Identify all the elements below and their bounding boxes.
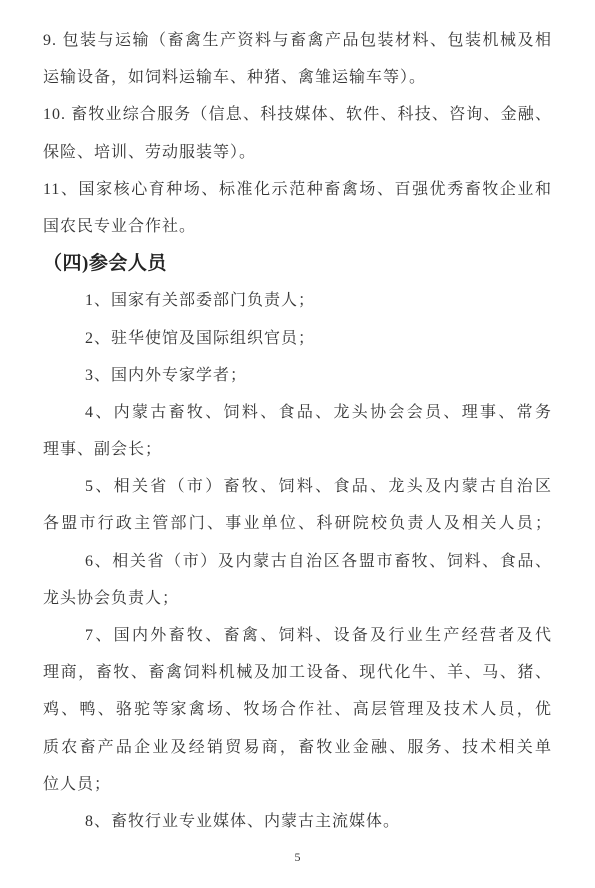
attendee-item-5-line-2: 各盟市行政主管部门、事业单位、科研院校负责人及相关人员； — [43, 505, 552, 542]
attendee-item-6-line-1: 6、相关省（市）及内蒙古自治区各盟市畜牧、饲料、食品、 — [43, 543, 552, 580]
attendee-item-1-line-1: 1、国家有关部委部门负责人； — [43, 282, 552, 319]
attendee-item-7-line-2: 理商，畜牧、畜禽饲料机械及加工设备、现代化牛、羊、马、猪、 — [43, 654, 552, 691]
section-heading-4: （四)参会人员 — [43, 245, 552, 282]
exhibit-item-11-line-1: 11、国家核心育种场、标准化示范种畜禽场、百强优秀畜牧企业和全 — [43, 171, 552, 208]
exhibit-item-10-line-2: 保险、培训、劳动服装等）。 — [43, 134, 552, 171]
attendee-item-7-line-1: 7、国内外畜牧、畜禽、饲料、设备及行业生产经营者及代 — [43, 617, 552, 654]
attendee-item-7-line-5: 位人员； — [43, 766, 552, 803]
attendee-item-8-line-1: 8、畜牧行业专业媒体、内蒙古主流媒体。 — [43, 803, 552, 840]
page-number: 5 — [0, 849, 595, 865]
exhibit-item-9-line-1: 9. 包装与运输（畜禽生产资料与畜禽产品包装材料、包装机械及相关 — [43, 22, 552, 59]
attendee-item-4-line-2: 理事、副会长； — [43, 431, 552, 468]
attendee-item-4-line-1: 4、内蒙古畜牧、饲料、食品、龙头协会会员、理事、常务 — [43, 394, 552, 431]
attendee-item-2-line-1: 2、驻华使馆及国际组织官员； — [43, 320, 552, 357]
attendee-item-5-line-1: 5、相关省（市）畜牧、饲料、食品、龙头及内蒙古自治区 — [43, 468, 552, 505]
exhibit-item-11-line-2: 国农民专业合作社。 — [43, 208, 552, 245]
attendee-item-7-line-3: 鸡、鸭、骆驼等家禽场、牧场合作社、高层管理及技术人员，优 — [43, 691, 552, 728]
attendee-item-7-line-4: 质农畜产品企业及经销贸易商，畜牧业金融、服务、技术相关单 — [43, 729, 552, 766]
exhibit-item-9-line-2: 运输设备，如饲料运输车、种猪、禽雏运输车等）。 — [43, 59, 552, 96]
document-page: 9. 包装与运输（畜禽生产资料与畜禽产品包装材料、包装机械及相关运输设备，如饲料… — [0, 0, 595, 888]
document-content: 9. 包装与运输（畜禽生产资料与畜禽产品包装材料、包装机械及相关运输设备，如饲料… — [43, 22, 552, 840]
attendee-item-6-line-2: 龙头协会负责人； — [43, 580, 552, 617]
exhibit-item-10-line-1: 10. 畜牧业综合服务（信息、科技媒体、软件、科技、咨询、金融、 — [43, 96, 552, 133]
attendee-item-3-line-1: 3、国内外专家学者； — [43, 357, 552, 394]
